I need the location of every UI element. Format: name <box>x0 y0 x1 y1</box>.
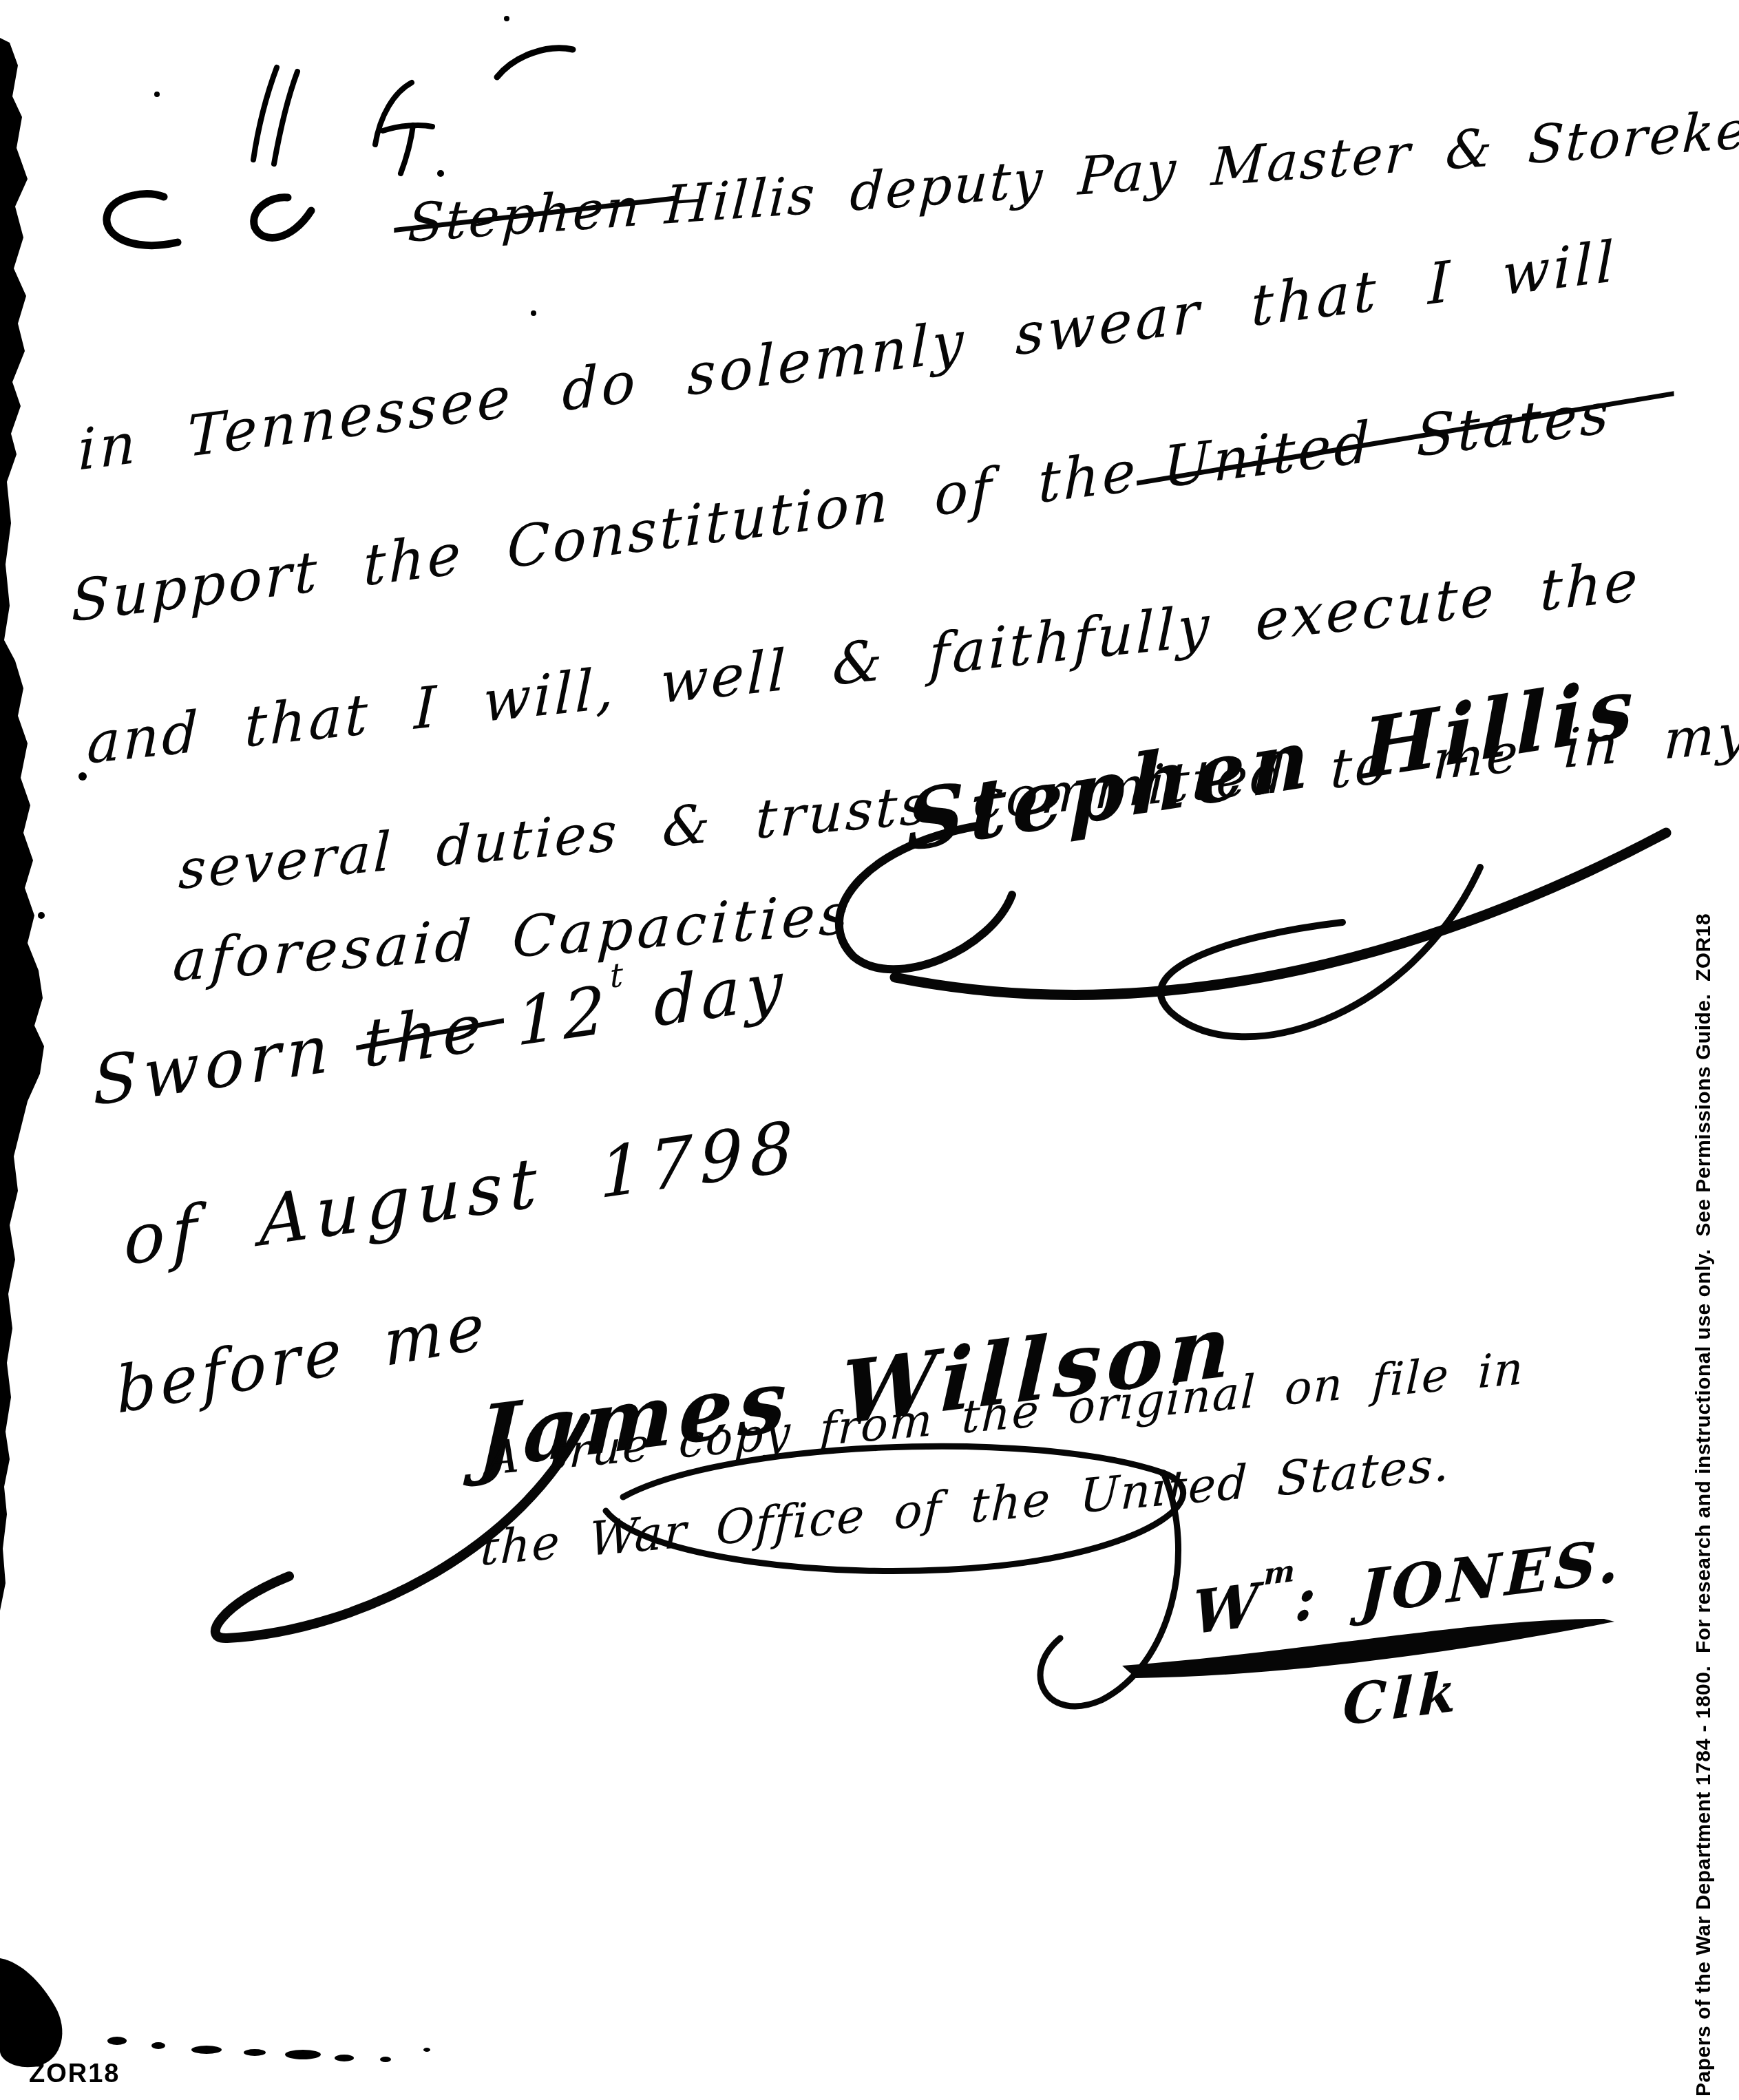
clerk-superscript: m <box>1263 1554 1296 1593</box>
margin-credit-line: Papers of the War Department 1784 - 1800… <box>1692 913 1716 2097</box>
document-scan-page: StephenHillis deputy Pay Master & Storek… <box>0 0 1739 2100</box>
jurat-day-ordinal: t <box>609 955 624 996</box>
jurat-day-number: 12 <box>516 971 611 1061</box>
footer-label: ZOR18 <box>29 2059 120 2089</box>
clerk-initial: W <box>1192 1569 1264 1648</box>
